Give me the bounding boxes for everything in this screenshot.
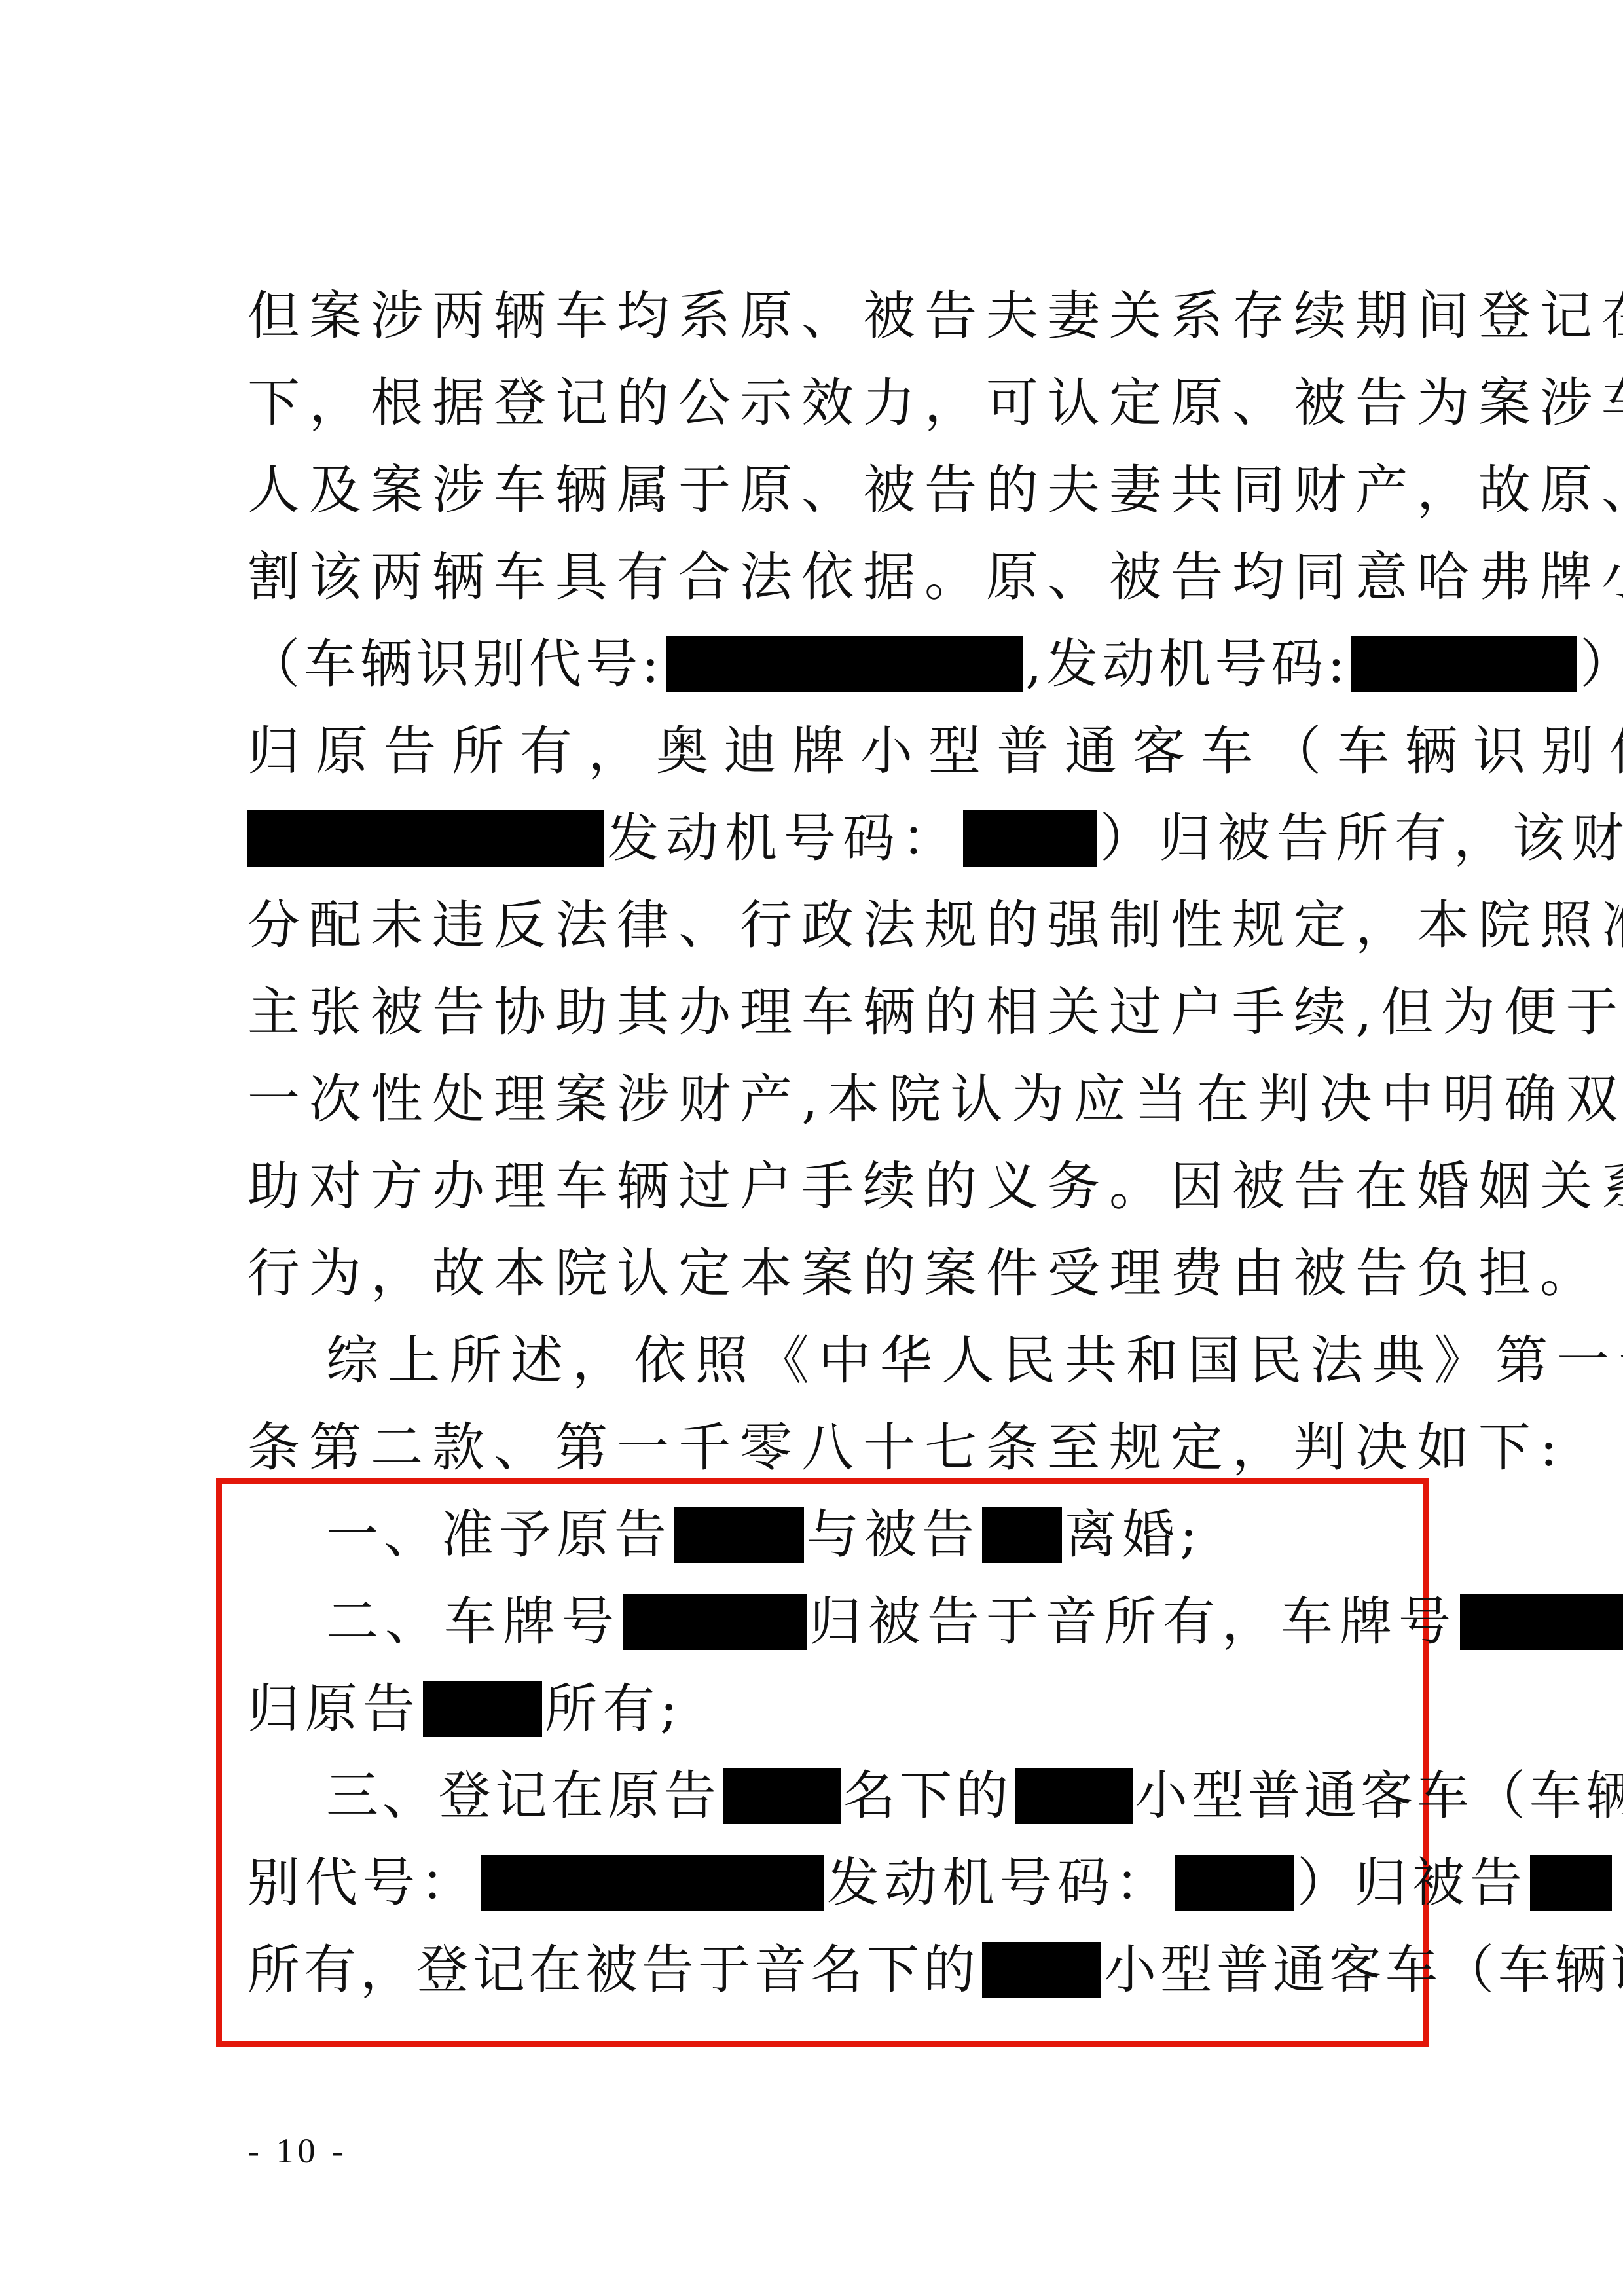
body-line-8: 分配未违反法律、行政法规的强制性规定，本院照准。原告虽未: [247, 893, 1380, 958]
judgment-text: 小型普通客车（车辆识别代: [1104, 1939, 1623, 2000]
judgment-text: 三、登记在原告: [326, 1765, 720, 1826]
judgment-text: 小型普通客车（车辆识: [1135, 1765, 1623, 1826]
body-line-2: 下，根据登记的公示效力，可认定原、被告为案涉车辆的所有权: [247, 370, 1380, 436]
document-page: 但案涉两辆车均系原、被告夫妻关系存续期间登记在原、被告名 下，根据登记的公示效力…: [0, 0, 1623, 2296]
redaction-vin-3: [481, 1855, 824, 1911]
body-line-14: 条第二款、第一千零八十七条至规定，判决如下:: [247, 1415, 1380, 1480]
redaction-plaintiff-name: [674, 1507, 804, 1563]
redaction-engine-3: [1175, 1855, 1294, 1911]
judgment-text: 与被告: [807, 1504, 979, 1565]
judgment-item-2: 二、车牌号归被告于音所有，车牌号: [326, 1589, 1459, 1655]
body-text: ）归被告所有，该财产: [1100, 808, 1623, 869]
judgment-text: 发动机号码：: [827, 1852, 1173, 1913]
redaction-plaintiff-name: [723, 1768, 841, 1824]
body-text: 一次性处理案涉财产,本院认为应当在判决中明确双方均具有协: [247, 1069, 1623, 1130]
judgment-item-2-cont: 归原告所有;: [247, 1676, 1380, 1742]
body-text: ）: [1580, 634, 1623, 694]
judgment-text: 归被告于音所有，车牌号: [809, 1591, 1457, 1652]
body-text: 人及案涉车辆属于原、被告的夫妻共同财产，故原、被告主张分: [247, 459, 1623, 520]
body-text: 条第二款、第一千零八十七条至规定，判决如下:: [247, 1417, 1567, 1478]
body-line-12: 行为，故本院认定本案的案件受理费由被告负担。: [247, 1241, 1380, 1306]
body-text: 割该两辆车具有合法依据。原、被告均同意哈弗牌小型普通客车: [247, 547, 1623, 607]
judgment-item-1: 一、准予原告与被告离婚;: [326, 1502, 1459, 1568]
body-text: 发动机号码：: [607, 808, 960, 869]
body-line-10: 一次性处理案涉财产,本院认为应当在判决中明确双方均具有协: [247, 1067, 1380, 1132]
judgment-text: 所有;: [545, 1678, 683, 1739]
judgment-item-3-cont-1: 别代号：发动机号码：）归被告: [247, 1850, 1380, 1916]
judgment-text: 别代号：: [247, 1852, 478, 1913]
body-text: 下，根据登记的公示效力，可认定原、被告为案涉车辆的所有权: [247, 372, 1623, 433]
body-text: 主张被告协助其办理车辆的相关过户手续,但为便于双方当事人: [247, 982, 1623, 1043]
redaction-plate-2: [1460, 1594, 1623, 1650]
redaction-vin-2: [247, 810, 604, 867]
body-line-4: 割该两辆车具有合法依据。原、被告均同意哈弗牌小型普通客车: [247, 545, 1380, 610]
body-text: ,发动机号码:: [1025, 634, 1349, 694]
redaction-defendant-name: [982, 1507, 1062, 1563]
redaction-car-brand: [982, 1942, 1101, 1998]
judgment-text: ）归被告: [1297, 1852, 1527, 1913]
body-line-1: 但案涉两辆车均系原、被告夫妻关系存续期间登记在原、被告名: [247, 283, 1380, 349]
body-line-5: （车辆识别代号:,发动机号码:）: [247, 632, 1380, 697]
redaction-engine-2: [963, 810, 1097, 867]
redaction-vin-1: [666, 636, 1023, 692]
redaction-engine-1: [1351, 636, 1577, 692]
judgment-item-3-cont-2: 所有，登记在被告于音名下的小型普通客车（车辆识别代: [247, 1937, 1380, 2003]
body-text: 但案涉两辆车均系原、被告夫妻关系存续期间登记在原、被告名: [247, 285, 1623, 346]
body-text: 行为，故本院认定本案的案件受理费由被告负担。: [247, 1243, 1601, 1304]
body-line-6: 归原告所有，奥迪牌小型普通客车（车辆识别代号：: [247, 719, 1380, 784]
body-line-9: 主张被告协助其办理车辆的相关过户手续,但为便于双方当事人: [247, 980, 1380, 1045]
body-line-3: 人及案涉车辆属于原、被告的夫妻共同财产，故原、被告主张分: [247, 457, 1380, 523]
redaction-defendant-name: [1530, 1855, 1612, 1911]
body-line-7: 发动机号码：）归被告所有，该财产: [247, 806, 1380, 871]
body-text: 归原告所有，奥迪牌小型普通客车（车辆识别代号：: [247, 721, 1623, 781]
judgment-text: 二、车牌号: [326, 1591, 621, 1652]
judgment-text: 归原告: [247, 1678, 420, 1739]
judgment-text: 离婚;: [1065, 1504, 1203, 1565]
redaction-car-brand: [1015, 1768, 1133, 1824]
body-text: 综上所述，依照《中华人民共和国民法典》第一千零七十九: [326, 1330, 1623, 1391]
judgment-text: 名下的: [843, 1765, 1012, 1826]
judgment-text: 所有，登记在被告于音名下的: [247, 1939, 979, 2000]
body-text: （车辆识别代号:: [247, 634, 663, 694]
body-text: 助对方办理车辆过户手续的义务。因被告在婚姻关系中存在过错: [247, 1156, 1623, 1217]
body-text: 分配未违反法律、行政法规的强制性规定，本院照准。原告虽未: [247, 895, 1623, 956]
judgment-text: 一、准予原告: [326, 1504, 672, 1565]
judgment-item-3: 三、登记在原告名下的小型普通客车（车辆识: [326, 1763, 1459, 1829]
page-number: - 10 -: [247, 2130, 348, 2171]
body-line-11: 助对方办理车辆过户手续的义务。因被告在婚姻关系中存在过错: [247, 1154, 1380, 1219]
body-line-13-indented: 综上所述，依照《中华人民共和国民法典》第一千零七十九: [326, 1328, 1380, 1393]
redaction-plaintiff-name: [423, 1681, 542, 1737]
redaction-plate-1: [623, 1594, 807, 1650]
